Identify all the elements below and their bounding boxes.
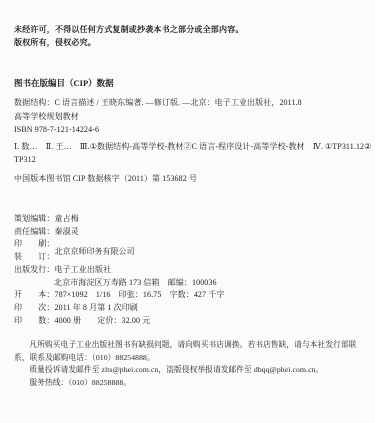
impression-label: 印 次： [14,303,55,312]
print-binding-row: 印 刷： 装 订： 北京京师印务有限公司 [14,238,361,263]
planning-editor-label: 策划编辑： [14,214,55,223]
cip-heading: 图书在版编目（CIP）数据 [14,77,361,90]
publisher-address: 北京市海淀区万寿路 173 信箱 邮编：100036 [14,277,361,290]
impression-row: 印 次：2011 年 8 月第 1 次印刷 [14,302,361,315]
publication-info: 策划编辑：童占梅 责任编辑：秦淑灵 印 刷： 装 订： 北京京师印务有限公司 出… [14,213,361,327]
cip-title-line: 数据结构：C 语言描述 / 王晓东编著. —修订版. —北京：电子工业出版社，2… [14,96,361,110]
executive-editor-row: 责任编辑：秦淑灵 [14,226,361,239]
publisher-label: 出版发行： [14,265,55,274]
planning-editor-name: 童占梅 [55,214,79,223]
service-hotline-note: 服务热线：（010）88258888。 [14,377,361,390]
planning-editor-row: 策划编辑：童占梅 [14,213,361,226]
print-binding-company: 北京京师印务有限公司 [55,246,135,257]
format-value: 787×1092 1/16 印张：16.75 字数：427 千字 [55,290,225,299]
cip-data-block: 数据结构：C 语言描述 / 王晓东编著. —修订版. —北京：电子工业出版社，2… [14,96,361,185]
cip-series-line: 高等学校规划教材 [14,110,361,124]
copyright-notice-line2: 版权所有，侵权必究。 [14,36,361,49]
binding-label: 装 订： [14,251,55,264]
executive-editor-label: 责任编辑： [14,227,55,236]
cip-record-number: 中国版本图书馆 CIP 数据核字（2011）第 153682 号 [14,172,361,186]
format-label: 开 本： [14,290,55,299]
executive-editor-name: 秦淑灵 [55,227,79,236]
print-binding-labels: 印 刷： 装 订： [14,238,55,263]
impression-value: 2011 年 8 月第 1 次印刷 [55,303,138,312]
cip-classification: Ⅰ. 数… Ⅱ. 王… Ⅲ.①数据结构-高等学校-教材②C 语言-程序设计-高等… [14,140,361,167]
cip-classification-line2: TP312 [14,153,361,167]
print-run-value: 4000 册 定价：32.00 元 [55,316,151,325]
service-notes: 凡所购买电子工业出版社图书有缺损问题，请向购买书店调换。若书店售缺，请与本社发行… [14,339,361,389]
copyright-notice-line1: 未经许可，不得以任何方式复制或抄袭本书之部分或全部内容。 [14,23,361,36]
publisher-row: 出版发行：电子工业出版社 [14,264,361,277]
print-run-row: 印 数：4000 册 定价：32.00 元 [14,315,361,328]
book-copyright-page: 未经许可，不得以任何方式复制或抄袭本书之部分或全部内容。 版权所有，侵权必究。 … [0,0,375,423]
purchase-exchange-note: 凡所购买电子工业出版社图书有缺损问题，请向购买书店调换。若书店售缺，请与本社发行… [14,339,361,364]
print-run-label: 印 数： [14,316,55,325]
publisher-name: 电子工业出版社 [55,265,112,274]
cip-classification-line1: Ⅰ. 数… Ⅱ. 王… Ⅲ.①数据结构-高等学校-教材②C 语言-程序设计-高等… [14,140,361,154]
print-label: 印 刷： [14,238,55,251]
copyright-notice: 未经许可，不得以任何方式复制或抄袭本书之部分或全部内容。 版权所有，侵权必究。 [14,23,361,49]
cip-isbn-line: ISBN 978-7-121-14224-6 [14,123,361,137]
quality-complaint-note: 质量投诉请发邮件至 zlts@phei.com.cn，盗版侵权举报请发邮件至 d… [14,364,361,377]
format-row: 开 本：787×1092 1/16 印张：16.75 字数：427 千字 [14,289,361,302]
